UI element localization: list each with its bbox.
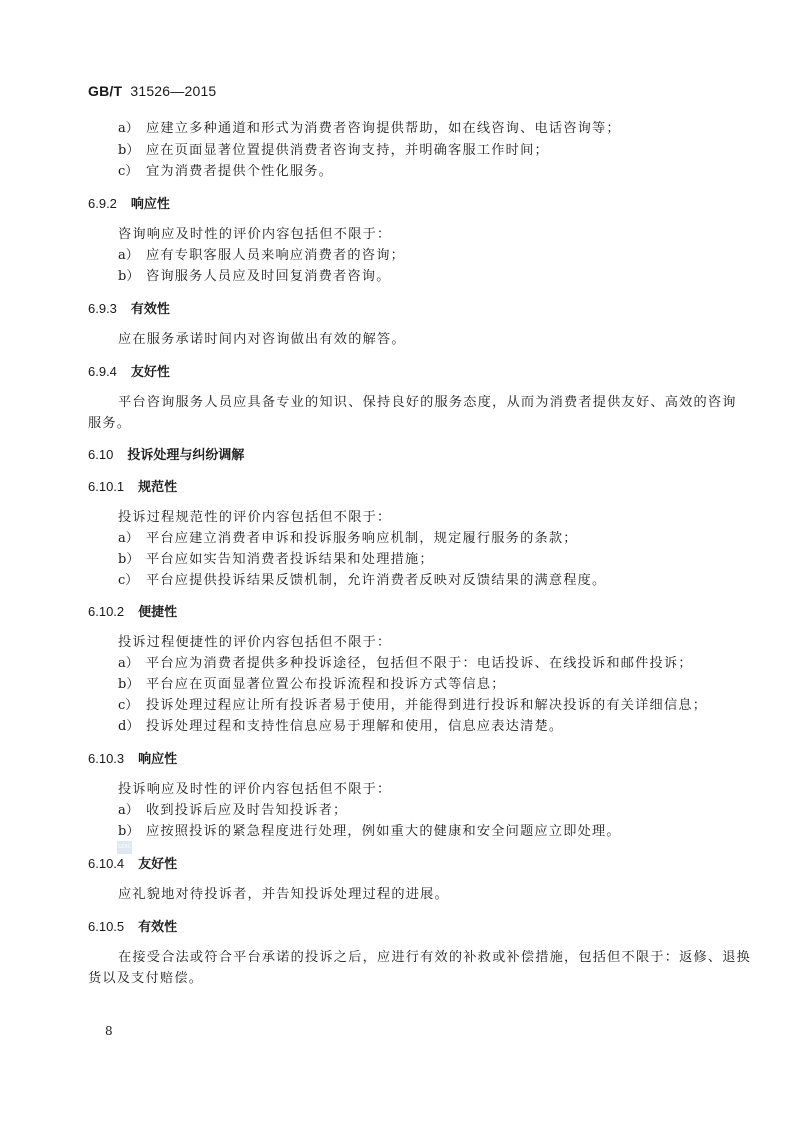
list-item: c）投诉处理过程应让所有投诉者易于使用，并能得到进行投诉和解决投诉的有关详细信息… (118, 698, 707, 714)
section-heading: 6.9.2响应性 (88, 196, 170, 212)
paragraph: 应在服务承诺时间内对咨询做出有效的解答。 (118, 332, 406, 348)
section-heading: 6.10.2便捷性 (88, 604, 177, 620)
item-text: 应按照投诉的紧急程度进行处理，例如重大的健康和安全问题应立即处理。 (146, 824, 621, 839)
item-text: 平台应建立消费者申诉和投诉服务响应机制，规定履行服务的条款； (146, 531, 578, 546)
section-number: 6.9.4 (88, 364, 117, 380)
list-item: a）应建立多种通道和形式为消费者咨询提供帮助，如在线咨询、电话咨询等； (118, 121, 621, 137)
section-number: 6.10.1 (88, 479, 124, 495)
paragraph-continuation: 货以及支付赔偿。 (88, 971, 203, 987)
item-text: 投诉处理过程和支持性信息应易于理解和使用，信息应表达清楚。 (146, 719, 563, 734)
paragraph: 平台咨询服务人员应具备专业的知识、保持良好的服务态度，从而为消费者提供友好、高效… (118, 395, 737, 411)
item-text: 应有专职客服人员来响应消费者的咨询； (146, 248, 405, 263)
standard-header: GB/T 31526—2015 (88, 83, 216, 99)
item-text: 应在页面显著位置提供消费者咨询支持，并明确客服工作时间； (146, 143, 549, 158)
item-text: 平台应提供投诉结果反馈机制，允许消费者反映对反馈结果的满意程度。 (146, 573, 606, 588)
item-label: b） (118, 143, 146, 159)
item-text: 应建立多种通道和形式为消费者咨询提供帮助，如在线咨询、电话咨询等； (146, 121, 621, 136)
item-text: 平台应如实告知消费者投诉结果和处理措施； (146, 552, 434, 567)
paragraph: 投诉过程规范性的评价内容包括但不限于： (118, 510, 391, 526)
section-title: 响应性 (138, 751, 177, 766)
section-title: 有效性 (131, 301, 170, 316)
item-label: b） (118, 824, 146, 840)
section-title: 友好性 (131, 364, 170, 379)
section-heading: 6.10.3响应性 (88, 751, 177, 767)
section-heading: 6.9.3有效性 (88, 301, 170, 317)
item-label: a） (118, 656, 146, 672)
document-page: GB/T 31526—2015 a）应建立多种通道和形式为消费者咨询提供帮助，如… (0, 0, 794, 1123)
item-text: 咨询服务人员应及时回复消费者咨询。 (146, 269, 391, 284)
section-heading: 6.10.1规范性 (88, 479, 177, 495)
section-number: 6.9.3 (88, 301, 117, 317)
list-item: b）咨询服务人员应及时回复消费者咨询。 (118, 269, 391, 285)
section-heading: 6.10.5有效性 (88, 919, 177, 935)
section-number: 6.10.4 (88, 856, 124, 872)
item-text: 收到投诉后应及时告知投诉者； (146, 803, 347, 818)
item-label: a） (118, 531, 146, 547)
standard-number: 31526—2015 (130, 83, 216, 99)
item-text: 宜为消费者提供个性化服务。 (146, 164, 333, 179)
section-number: 6.9.2 (88, 196, 117, 212)
item-label: a） (118, 803, 146, 819)
item-label: d） (118, 719, 146, 735)
paragraph: 在接受合法或符合平台承诺的投诉之后，应进行有效的补救或补偿措施，包括但不限于：返… (118, 950, 751, 966)
section-heading: 6.10.4友好性 (88, 856, 177, 872)
list-item: b）应按照投诉的紧急程度进行处理，例如重大的健康和安全问题应立即处理。 (118, 824, 621, 840)
paragraph: 咨询响应及时性的评价内容包括但不限于： (118, 227, 391, 243)
section-title: 投诉处理与纠纷调解 (127, 447, 244, 462)
section-title: 便捷性 (138, 604, 177, 619)
list-item: a）平台应为消费者提供多种投诉途径，包括但不限于：电话投诉、在线投诉和邮件投诉； (118, 656, 693, 672)
watermark-stamp: SZAC (117, 841, 132, 854)
list-item: b）平台应如实告知消费者投诉结果和处理措施； (118, 552, 434, 568)
page-number: 8 (105, 1024, 113, 1038)
item-label: a） (118, 121, 146, 137)
section-number: 6.10.2 (88, 604, 124, 620)
item-label: c） (118, 164, 146, 180)
list-item: a）应有专职客服人员来响应消费者的咨询； (118, 248, 405, 264)
item-label: b） (118, 552, 146, 568)
section-number: 6.10.5 (88, 919, 124, 935)
list-item: a）收到投诉后应及时告知投诉者； (118, 803, 347, 819)
section-title: 有效性 (138, 919, 177, 934)
standard-prefix: GB/T (88, 83, 122, 99)
item-label: b） (118, 269, 146, 285)
list-item: a）平台应建立消费者申诉和投诉服务响应机制，规定履行服务的条款； (118, 531, 578, 547)
item-label: b） (118, 677, 146, 693)
section-heading: 6.10投诉处理与纠纷调解 (88, 447, 244, 463)
section-number: 6.10.3 (88, 751, 124, 767)
item-label: a） (118, 248, 146, 264)
section-heading: 6.9.4友好性 (88, 364, 170, 380)
paragraph-continuation: 服务。 (88, 416, 131, 432)
list-item: d）投诉处理过程和支持性信息应易于理解和使用，信息应表达清楚。 (118, 719, 563, 735)
item-text: 平台应在页面显著位置公布投诉流程和投诉方式等信息； (146, 677, 506, 692)
list-item: c）平台应提供投诉结果反馈机制，允许消费者反映对反馈结果的满意程度。 (118, 573, 606, 589)
paragraph: 投诉响应及时性的评价内容包括但不限于： (118, 782, 391, 798)
list-item: b）应在页面显著位置提供消费者咨询支持，并明确客服工作时间； (118, 143, 549, 159)
list-item: c）宜为消费者提供个性化服务。 (118, 164, 333, 180)
item-text: 投诉处理过程应让所有投诉者易于使用，并能得到进行投诉和解决投诉的有关详细信息； (146, 698, 707, 713)
list-item: b）平台应在页面显著位置公布投诉流程和投诉方式等信息； (118, 677, 506, 693)
section-number: 6.10 (88, 447, 113, 463)
item-text: 平台应为消费者提供多种投诉途径，包括但不限于：电话投诉、在线投诉和邮件投诉； (146, 656, 693, 671)
section-title: 规范性 (138, 479, 177, 494)
item-label: c） (118, 573, 146, 589)
section-title: 响应性 (131, 196, 170, 211)
section-title: 友好性 (138, 856, 177, 871)
item-label: c） (118, 698, 146, 714)
paragraph: 应礼貌地对待投诉者，并告知投诉处理过程的进展。 (118, 887, 449, 903)
paragraph: 投诉过程便捷性的评价内容包括但不限于： (118, 635, 391, 651)
